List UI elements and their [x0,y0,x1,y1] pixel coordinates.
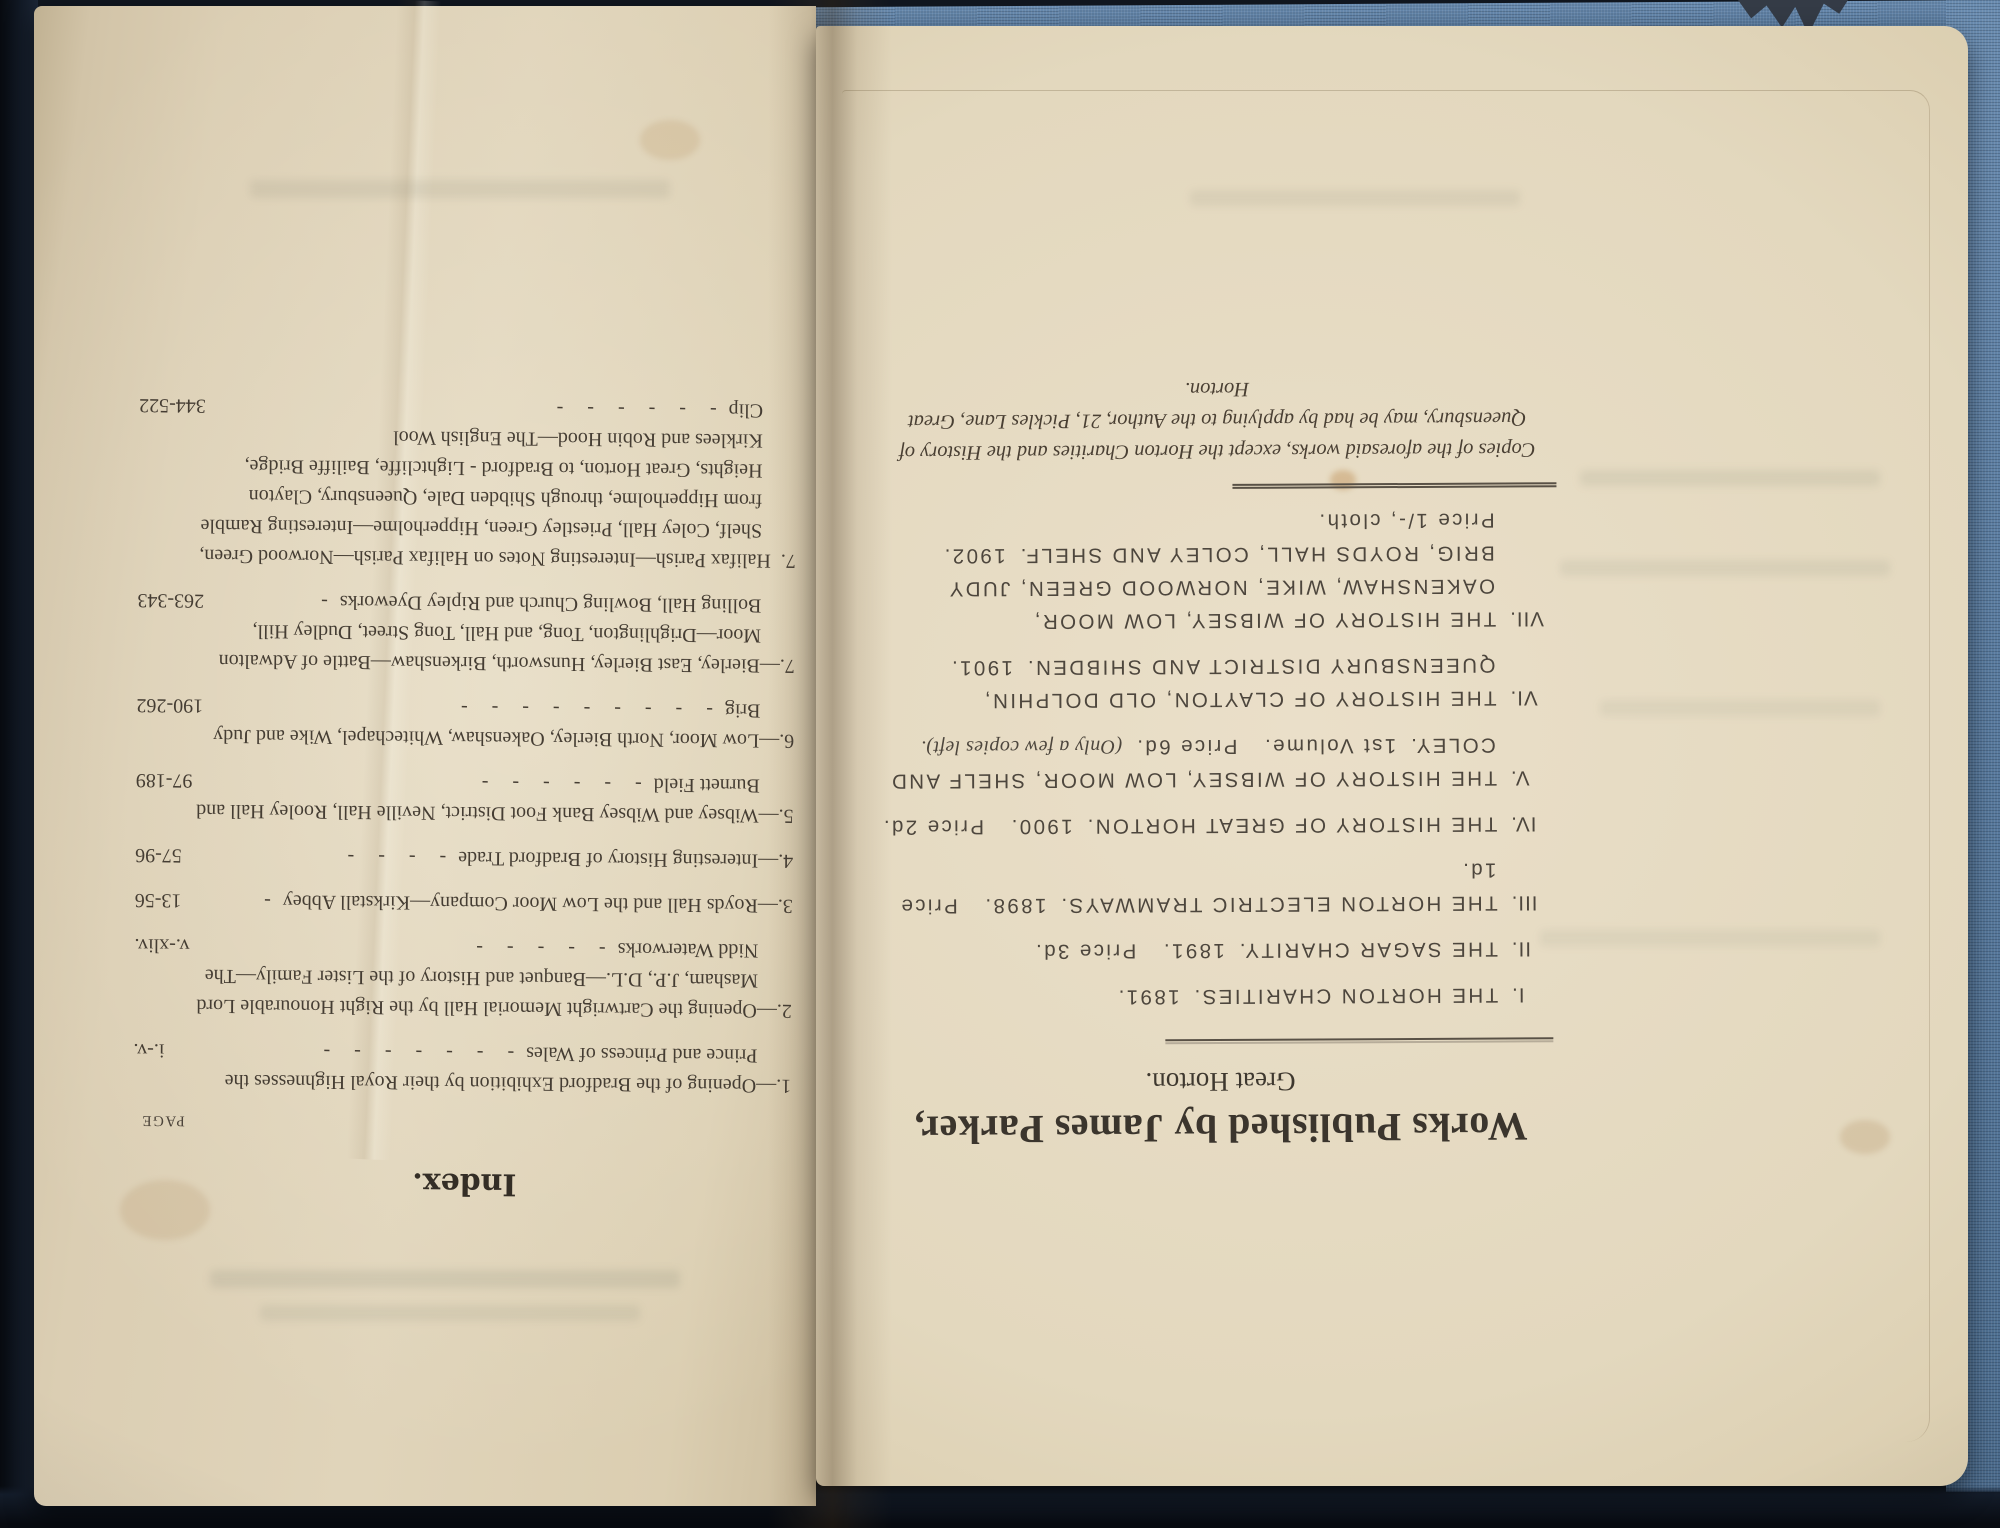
works-page-title: Works Published by James Parker, [880,1103,1562,1154]
work-item-numeral: III. [1511,886,1561,919]
work-item: V.THE HISTORY OF WIBSEY, LOW MOOR, SHELF… [878,727,1560,798]
work-item-numeral: VII. [1509,602,1559,635]
index-entry-number: 4. [778,850,793,872]
index-entry: 2.—Opening the Cartwright Memorial Hall … [140,930,793,1026]
work-item: IV.THE HISTORY OF GREAT HORTON. 1900. Pr… [878,807,1560,844]
index-entry: 1.—Opening of the Bradford Exhibition by… [139,1035,791,1101]
work-item-text: THE HISTORY OF WIBSEY, LOW MOOR, OAKENSH… [917,509,1496,633]
photo-of-open-book: Index. PAGE 1.—Opening of the Bradford E… [0,0,2000,1528]
dot-leader: - [262,890,283,912]
index-entry-number: 6. [779,730,794,752]
dot-leader: - [319,591,340,613]
availability-note: Copies of the aforesaid works, except th… [876,371,1558,468]
work-item: I.THE HORTON CHARITIES. 1891. [879,978,1561,1015]
dot-leader: - - - - [345,846,458,869]
work-item-text: THE HISTORY OF GREAT HORTON. 1900. Price… [881,813,1497,839]
work-item-text: THE HORTON ELECTRIC TRAMWAYS. 1898. Pric… [899,859,1498,918]
index-entry-text: Halifax Parish—Interesting Notes on Hali… [199,399,781,571]
show-through-ghost-text [1190,190,1520,206]
index-entry-pages: i.-v. [133,1035,164,1065]
work-item: VI.THE HISTORY OF CLAYTON, OLD DOLPHIN, … [877,648,1559,718]
work-item-text: THE HORTON CHARITIES. 1891. [1116,984,1498,1009]
index-page-content-upside-down: Index. PAGE 1.—Opening of the Bradford E… [138,325,798,1201]
index-entry-number: 5. [778,805,793,827]
show-through-ghost-text [1600,700,1880,716]
show-through-ghost-text [210,1270,680,1288]
index-entry-number: 3. [778,895,793,917]
index-entry-number: 2. [777,1000,792,1022]
dark-book-spine-edge-left [0,0,38,1528]
work-item-numeral: I. [1511,978,1561,1011]
show-through-ghost-text [250,180,670,198]
work-item: VII.THE HISTORY OF WIBSEY, LOW MOOR, OAK… [877,503,1560,639]
index-entry-number: 7. [781,550,796,572]
work-item-numeral: V. [1510,761,1560,794]
dot-leader: - - - - - [474,937,617,960]
page-column-header: PAGE [141,1105,791,1141]
works-list: I.THE HORTON CHARITIES. 1891. II.THE SAG… [877,503,1562,1015]
index-entry-pages: 344-522 [139,390,206,421]
dot-leader: - - - - - - - [321,1041,526,1065]
work-item: II.THE SAGAR CHARITY. 1891. Price 3d. [879,932,1561,969]
index-entry-pages: 263-343 [137,585,204,616]
work-item-numeral: VI. [1509,681,1559,714]
double-rule-divider [1232,482,1556,489]
index-entry-number: 1. [776,1075,791,1097]
index-entry-pages: 13-56 [135,885,182,915]
work-item-italic-note: (Only a few copies left). [921,736,1123,759]
index-entry-text: —Royds Hall and the Low Moor Company—Kir… [283,890,778,916]
work-item: III.THE HORTON ELECTRIC TRAMWAYS. 1898. … [878,853,1560,923]
foxing-stain [1840,1120,1890,1154]
index-entry-pages: 190-262 [136,690,203,721]
dot-leader: - - - - - - [555,398,729,422]
double-rule-divider [1165,1037,1553,1044]
index-entry: 3.—Royds Hall and the Low Moor Company—K… [141,885,793,921]
index-entry-pages: 57-96 [135,840,182,870]
work-item-text: THE SAGAR CHARITY. 1891. Price 3d. [1034,938,1498,963]
work-item-text: THE HISTORY OF CLAYTON, OLD DOLPHIN, QUE… [950,654,1497,713]
show-through-ghost-text [1560,560,1890,576]
index-entry-number: 7. [780,655,795,677]
show-through-ghost-text [260,1305,640,1321]
index-entry-text: —Bierley, East Bierley, Hunsworth, Birke… [219,591,780,677]
index-entry-text: —Interesting History of Bradford Trade [458,847,778,872]
index-entry: 4.—Interesting History of Bradford Trade… [141,840,793,876]
foxing-stain [640,120,700,160]
index-entry: 6.—Low Moor, North Bierley, Oakenshaw, W… [142,690,794,756]
dot-leader: - - - - - - [480,772,654,796]
index-entry-pages: 97-189 [136,765,193,795]
index-entry-pages: v.-xliv. [134,930,189,960]
index-entry: 7.—Bierley, East Bierley, Hunsworth, Bir… [143,585,796,681]
show-through-ghost-text [1580,470,1880,486]
show-through-ghost-text [1540,930,1880,946]
works-page-content-upside-down: Works Published by James Parker, Great H… [876,410,1562,1154]
dot-leader: - - - - - - - - - [459,697,725,721]
work-item-numeral: IV. [1510,807,1560,840]
works-page-subtitle: Great Horton. [879,1064,1561,1099]
index-entry: 7. Halifax Parish—Interesting Notes on H… [144,390,798,576]
work-item-numeral: II. [1511,932,1561,965]
index-entry: 5.—Wibsey and Wibsey Bank Foot District,… [141,765,793,831]
index-page-title: Index. [138,1165,790,1201]
